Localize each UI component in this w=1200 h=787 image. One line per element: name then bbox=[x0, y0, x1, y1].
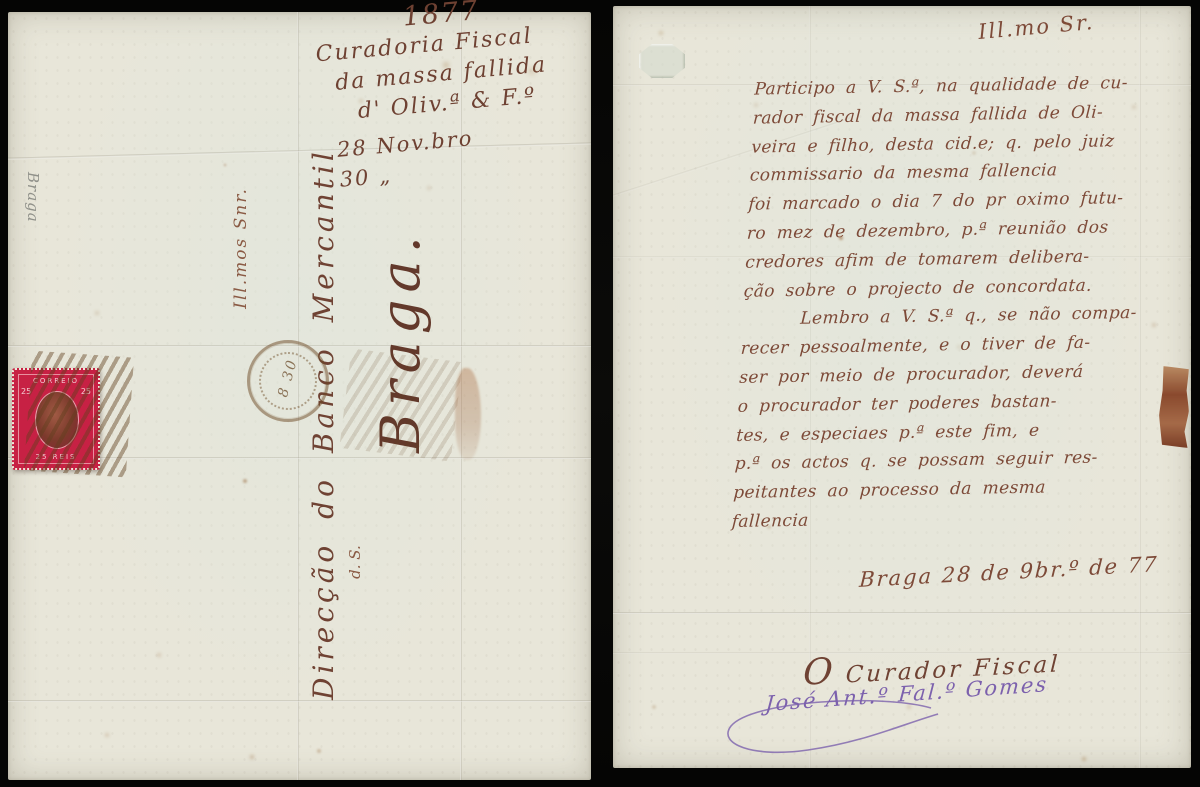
fold-line bbox=[613, 612, 1191, 614]
foxing-spots bbox=[8, 12, 10, 14]
fold-line bbox=[8, 700, 591, 702]
address-note: d. S. bbox=[346, 522, 366, 602]
wax-seal-remnant bbox=[1159, 366, 1189, 448]
foxing-spots bbox=[613, 6, 615, 8]
grid-cancel-mark bbox=[24, 351, 134, 478]
circular-postmark: 8 30 bbox=[247, 340, 329, 422]
signature-flourish bbox=[713, 698, 943, 768]
embossed-stationery-seal bbox=[639, 44, 685, 78]
letter-body: Participo a V. S.ª, na qualidade de cu- … bbox=[731, 68, 1191, 537]
pencil-annotation: Braga bbox=[26, 172, 42, 264]
scan-background: Braga 1877 Curadoria Fiscal da massa fal… bbox=[0, 0, 1200, 787]
letter-dateline: Braga 28 de 9br.º de 77 bbox=[859, 552, 1159, 592]
address-salutation: Ill.mos Snr. bbox=[231, 163, 253, 333]
cover-page: Braga 1877 Curadoria Fiscal da massa fal… bbox=[8, 12, 591, 780]
letter-salutation: Ill.mo Sr. bbox=[977, 10, 1095, 44]
seal-smudge bbox=[455, 368, 481, 460]
address-recipient: Direcção do Banco Mercantil bbox=[307, 160, 337, 700]
letter-page: Ill.mo Sr. Participo a V. S.ª, na qualid… bbox=[613, 6, 1191, 768]
grid-cancel-ghost bbox=[339, 349, 462, 462]
